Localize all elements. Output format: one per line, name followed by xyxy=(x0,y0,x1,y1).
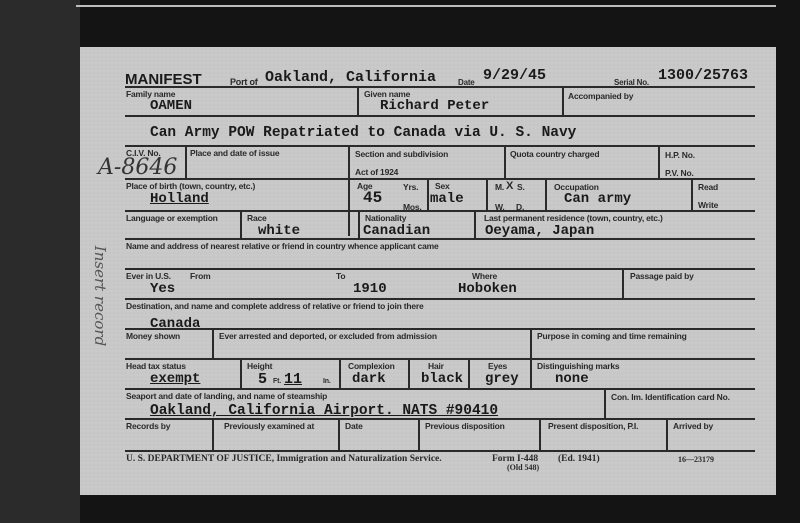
race-label: Race xyxy=(247,213,267,223)
footer-agency: U. S. DEPARTMENT OF JUSTICE, Immigration… xyxy=(126,454,442,464)
divider xyxy=(530,329,532,359)
relative-label: Name and address of nearest relative or … xyxy=(126,241,439,251)
divider xyxy=(125,328,755,330)
write-label: Write xyxy=(698,200,718,210)
records-label: Records by xyxy=(126,421,170,431)
divider xyxy=(691,179,693,211)
purpose-label: Purpose in coming and time remaining xyxy=(537,331,687,341)
passage-label: Passage paid by xyxy=(630,271,694,281)
height-feet-value: 5 xyxy=(258,371,267,388)
divider xyxy=(125,298,755,300)
family-name-value: OAMEN xyxy=(150,98,192,114)
years-label: Yrs. xyxy=(403,182,418,192)
residence-value: Oeyama, Japan xyxy=(485,223,594,239)
divider xyxy=(185,146,187,178)
previous-disposition-label: Previous disposition xyxy=(425,421,505,431)
present-disposition-label: Present disposition, P.I. xyxy=(548,421,638,431)
footer-edition: (Ed. 1941) xyxy=(558,454,600,464)
sex-value: male xyxy=(430,191,464,207)
divider xyxy=(530,359,532,389)
inches-label: In. xyxy=(323,378,331,385)
arrived-by-label: Arrived by xyxy=(673,421,713,431)
divider xyxy=(125,418,755,420)
date-value: 9/29/45 xyxy=(483,67,546,84)
complexion-value: dark xyxy=(352,371,386,387)
eyes-label: Eyes xyxy=(488,361,507,371)
place-issue-label: Place and date of issue xyxy=(190,148,279,158)
occupation-value: Can army xyxy=(564,191,631,207)
seaport-label: Seaport and date of landing, and name of… xyxy=(126,391,327,401)
divider xyxy=(125,358,755,360)
remark-text: Can Army POW Repatriated to Canada via U… xyxy=(150,125,576,141)
divider xyxy=(486,179,488,211)
divider xyxy=(604,389,606,419)
port-value: Oakland, California xyxy=(265,69,436,86)
divider xyxy=(125,115,755,117)
divider xyxy=(545,179,547,211)
hp-label: H.P. No. xyxy=(665,150,695,160)
marks-value: none xyxy=(555,371,589,387)
to-value: 1910 xyxy=(353,281,387,297)
read-label: Read xyxy=(698,182,718,192)
birth-value: Holland xyxy=(150,191,209,207)
seaport-value: Oakland, California Airport. NATS #90410 xyxy=(150,403,498,419)
money-label: Money shown xyxy=(126,331,180,341)
divider xyxy=(622,269,624,299)
divider xyxy=(666,419,668,451)
footer-code: 16—23179 xyxy=(678,455,714,464)
divider xyxy=(539,419,541,451)
divider xyxy=(212,329,214,359)
serial-value: 1300/25763 xyxy=(658,67,748,84)
divider xyxy=(240,359,242,389)
divider xyxy=(504,146,506,178)
scan-edge-line xyxy=(76,5,776,7)
handwritten-civ-number: A-8646 xyxy=(98,155,177,180)
accompanied-label: Accompanied by xyxy=(568,91,633,101)
divider xyxy=(357,87,359,115)
complexion-label: Complexion xyxy=(348,361,395,371)
height-label: Height xyxy=(247,361,272,371)
nationality-value: Canadian xyxy=(363,223,430,239)
residence-label: Last permanent residence (town, country,… xyxy=(484,213,663,223)
divider xyxy=(125,450,755,452)
divider xyxy=(125,210,755,212)
nationality-label: Nationality xyxy=(365,213,406,223)
quota-label: Quota country charged xyxy=(510,149,599,159)
divider xyxy=(125,388,755,390)
divider xyxy=(125,145,755,147)
pv-label: P.V. No. xyxy=(665,168,694,178)
divider xyxy=(562,87,564,115)
race-value: white xyxy=(258,223,300,239)
marital-checked-mark: X xyxy=(506,180,513,192)
head-tax-value: exempt xyxy=(150,371,200,387)
divider xyxy=(125,86,755,88)
birth-label: Place of birth (town, country, etc.) xyxy=(126,181,255,191)
manifest-card: MANIFEST Port of Oakland, California Dat… xyxy=(80,47,776,495)
divider xyxy=(125,178,755,180)
divider xyxy=(339,359,341,389)
divider xyxy=(212,419,214,451)
language-label: Language or exemption xyxy=(126,213,218,223)
divider xyxy=(125,238,755,240)
divider xyxy=(358,211,360,239)
con-im-label: Con. Im. Identification card No. xyxy=(611,392,730,402)
feet-label: Ft. xyxy=(273,378,281,385)
date-examined-label: Date xyxy=(345,421,363,431)
marital-m-label: M. xyxy=(495,182,504,192)
ever-in-us-value: Yes xyxy=(150,281,175,297)
age-value: 45 xyxy=(363,189,382,207)
divider xyxy=(427,179,429,211)
eyes-value: grey xyxy=(485,371,519,387)
height-inches-value: 11 xyxy=(284,371,302,388)
to-label: To xyxy=(336,271,345,281)
arrested-label: Ever arrested and deported, or excluded … xyxy=(219,331,437,341)
hair-value: black xyxy=(421,371,463,387)
divider xyxy=(408,359,410,389)
where-label: Where xyxy=(472,271,497,281)
divider xyxy=(474,211,476,239)
hair-label: Hair xyxy=(428,361,444,371)
divider xyxy=(468,359,470,389)
section-label: Section and subdivision xyxy=(355,149,448,159)
destination-label: Destination, and name and complete addre… xyxy=(126,301,424,311)
where-value: Hoboken xyxy=(458,281,517,297)
divider xyxy=(125,268,755,270)
divider xyxy=(240,211,242,239)
footer-old-form: (Old 548) xyxy=(507,463,539,472)
ever-in-us-label: Ever in U.S. xyxy=(126,271,171,281)
divider xyxy=(658,146,660,178)
given-name-value: Richard Peter xyxy=(380,98,489,114)
marital-s-label: S. xyxy=(517,182,525,192)
divider xyxy=(418,419,420,451)
head-tax-label: Head tax status xyxy=(126,361,186,371)
previously-examined-label: Previously examined at xyxy=(224,421,314,431)
scan-background-left xyxy=(0,0,80,523)
divider xyxy=(338,419,340,451)
handwritten-margin-note: Insert record xyxy=(91,246,109,346)
divider xyxy=(348,146,350,236)
from-label: From xyxy=(190,271,210,281)
section-value: Act of 1924 xyxy=(355,167,398,177)
sex-label: Sex xyxy=(435,181,450,191)
marks-label: Distinguishing marks xyxy=(537,361,619,371)
